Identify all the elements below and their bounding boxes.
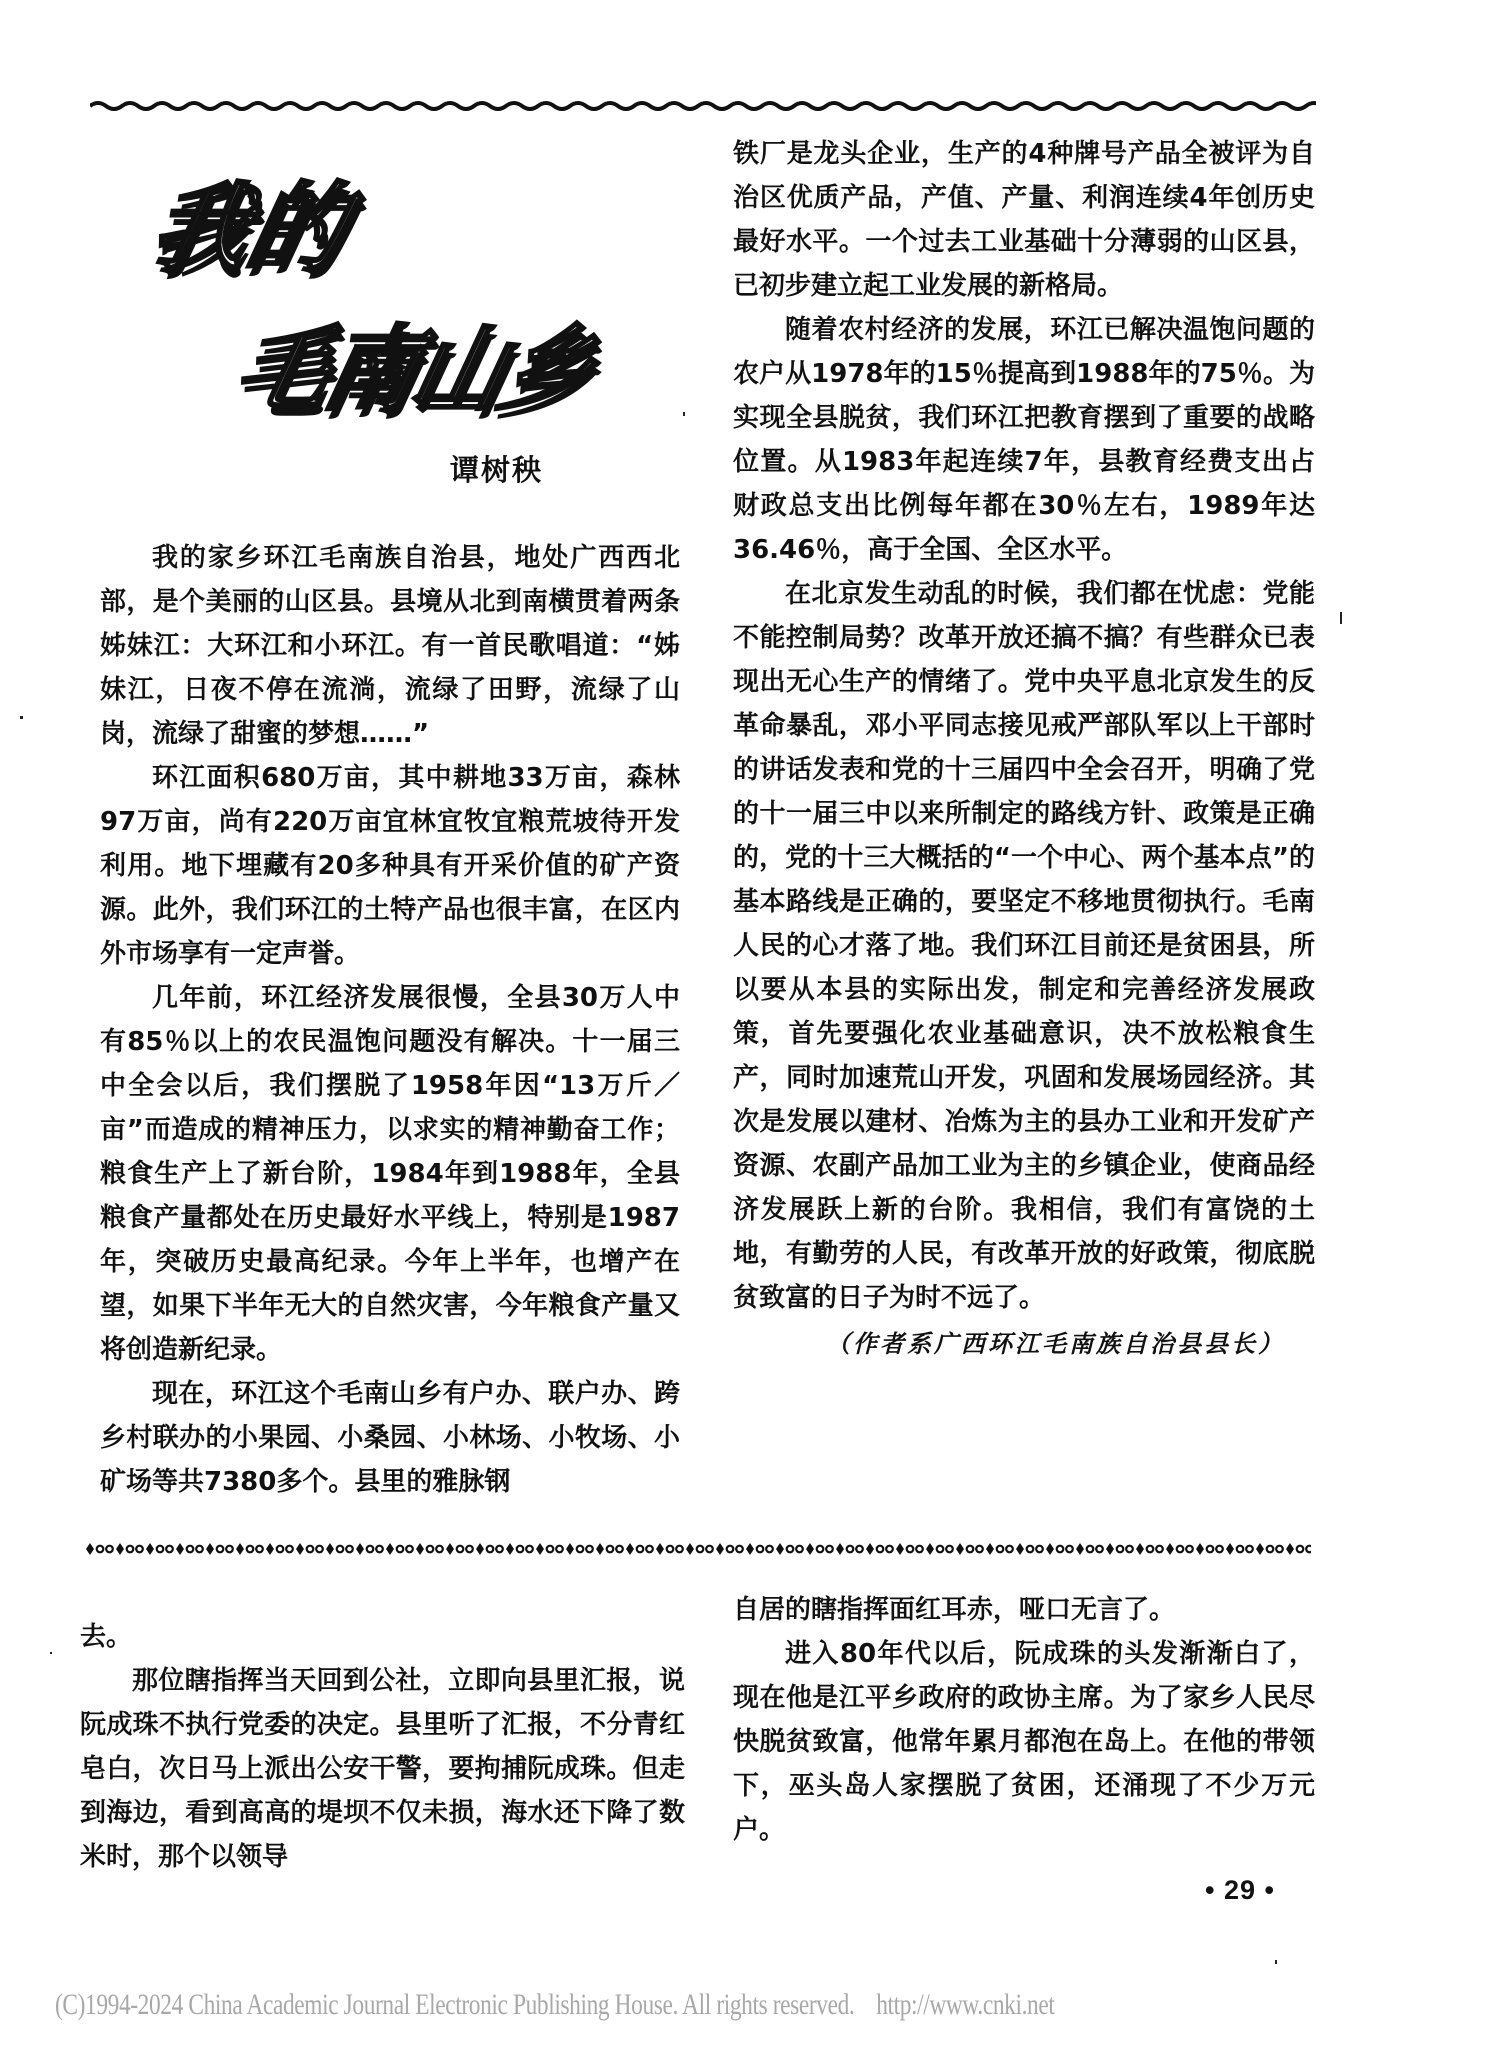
- paragraph: 我的家乡环江毛南族自治县，地处广西西北部，是个美丽的山区县。县境从北到南横贯着两…: [100, 536, 680, 756]
- paragraph: 随着农村经济的发展，环江已解决温饱问题的农户从1978年的15％提高到1988年…: [733, 308, 1315, 572]
- paragraph: 在北京发生动乱的时候，我们都在忧虑：党能不能控制局势？改革开放还搞不搞？有些群众…: [733, 572, 1315, 1320]
- page-number: • 29 •: [1205, 1875, 1275, 1906]
- paragraph: 进入80年代以后，阮成珠的头发渐渐白了，现在他是江平乡政府的政协主席。为了家乡人…: [733, 1632, 1315, 1852]
- paragraph: 铁厂是龙头企业，生产的4种牌号产品全被评为自治区优质产品，产值、产量、利润连续4…: [733, 132, 1315, 308]
- continued-column-right: 自居的瞎指挥面红耳赤，哑口无言了。 进入80年代以后，阮成珠的头发渐渐白了，现在…: [733, 1588, 1315, 1852]
- paragraph: 几年前，环江经济发展很慢，全县30万人中有85％以上的农民温饱问题没有解决。十一…: [100, 976, 680, 1372]
- svg-text:毛南山乡: 毛南山乡: [226, 316, 610, 423]
- copyright-footer: (C)1994-2024 China Academic Journal Elec…: [55, 1988, 1054, 2022]
- article-column-right: 铁厂是龙头企业，生产的4种牌号产品全被评为自治区优质产品，产值、产量、利润连续4…: [733, 132, 1315, 1366]
- title-line-2: 毛南山乡: [226, 316, 610, 423]
- article-title-art: 我的 我的 毛南山乡 毛南山乡: [145, 165, 705, 425]
- scan-speck: [50, 1652, 52, 1654]
- ornamental-divider: [85, 1540, 1311, 1558]
- scan-speck: [20, 716, 23, 719]
- paragraph: 去。: [80, 1615, 685, 1659]
- paragraph: 现在，环江这个毛南山乡有户办、联户办、跨乡村联办的小果园、小桑园、小林场、小牧场…: [100, 1372, 680, 1504]
- scan-speck: [683, 412, 685, 416]
- author-byline: （作者系广西环江毛南族自治县县长）: [733, 1322, 1315, 1366]
- paragraph: 环江面积680万亩，其中耕地33万亩，森林97万亩，尚有220万亩宜林宜牧宜粮荒…: [100, 756, 680, 976]
- wavy-top-rule: [90, 100, 1316, 116]
- paragraph: 那位瞎指挥当天回到公社，立即向县里汇报，说阮成珠不执行党委的决定。县里听了汇报，…: [80, 1659, 685, 1879]
- article-column-left: 我的家乡环江毛南族自治县，地处广西西北部，是个美丽的山区县。县境从北到南横贯着两…: [100, 536, 680, 1504]
- copyright-text: (C)1994-2024 China Academic Journal Elec…: [55, 1988, 854, 2021]
- scan-speck: [1275, 1960, 1277, 1964]
- scan-speck: [1340, 612, 1342, 624]
- paragraph: 自居的瞎指挥面红耳赤，哑口无言了。: [733, 1588, 1315, 1632]
- author-name: 谭树秧: [450, 448, 543, 489]
- continued-column-left: 去。 那位瞎指挥当天回到公社，立即向县里汇报，说阮成珠不执行党委的决定。县里听了…: [80, 1615, 685, 1879]
- footer-url: http://www.cnki.net: [876, 1988, 1054, 2021]
